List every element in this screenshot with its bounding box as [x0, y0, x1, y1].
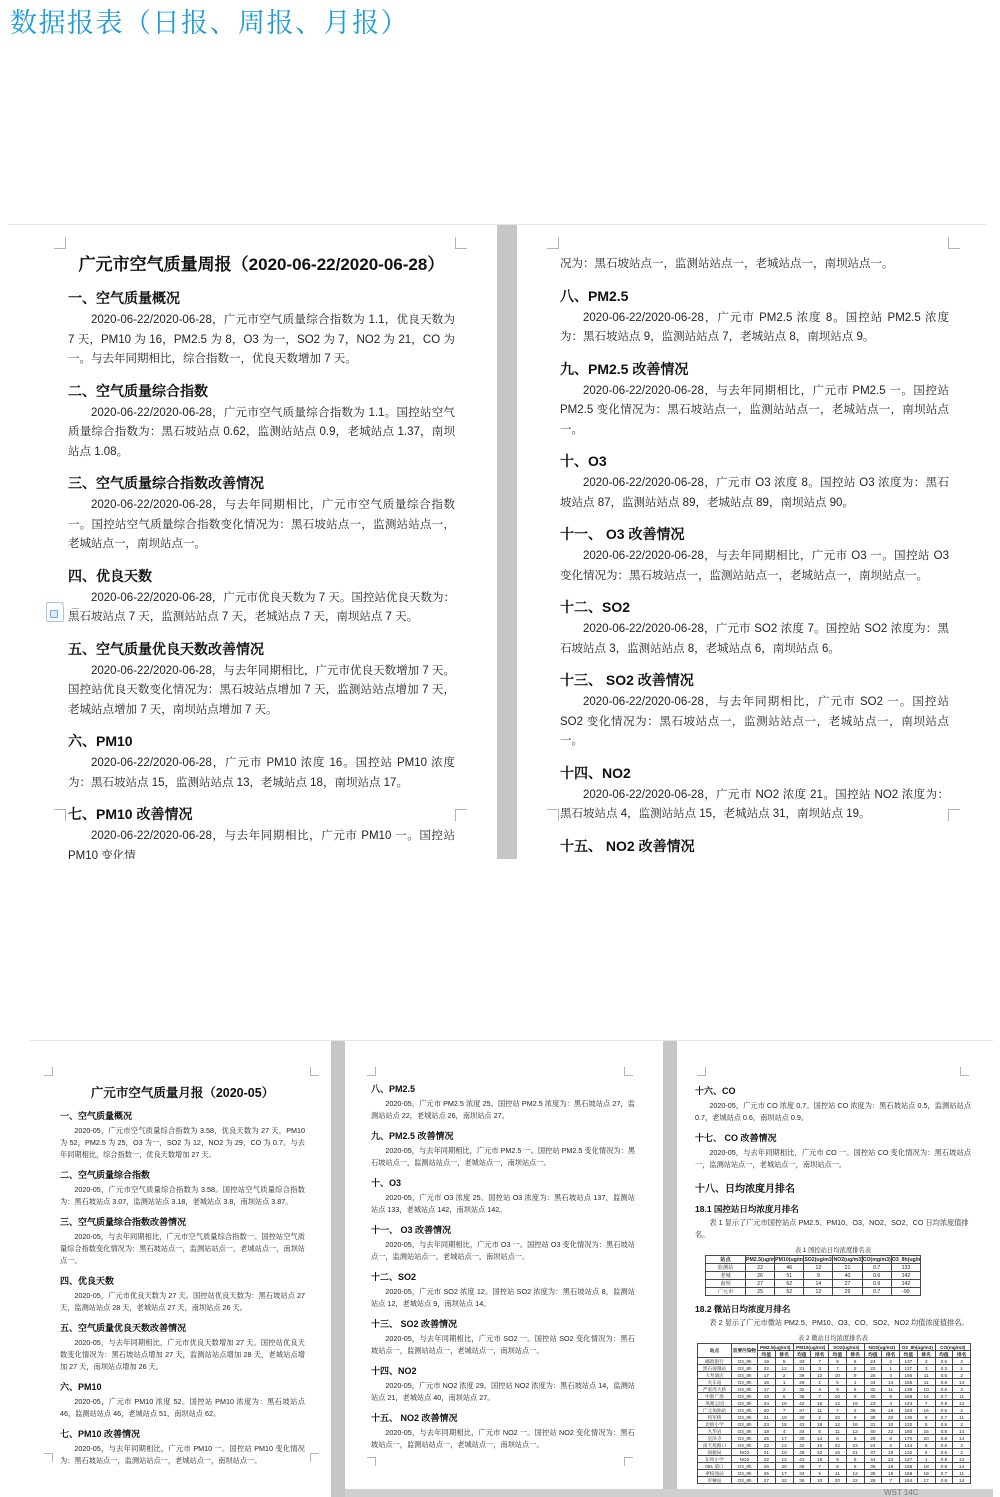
section-heading: 一、空气质量概况: [68, 288, 455, 308]
table-cell: 38: [864, 1414, 882, 1421]
crop-mark: [948, 237, 960, 249]
table-cell: 5: [775, 1358, 793, 1365]
table-cell: 5: [917, 1421, 935, 1428]
table-cell: 0.6: [935, 1421, 953, 1428]
footer-fragment: WST 14C: [884, 1489, 919, 1497]
section-heading: 十二、SO2: [371, 1271, 635, 1283]
table-cell: 0.7: [862, 1264, 891, 1272]
section-heading: 二、空气质量综合指数: [60, 1169, 305, 1181]
table-row: 九华岩O3_8h18434511124022160150.814: [698, 1428, 971, 1435]
table-cell: 35: [864, 1407, 882, 1414]
table-cell: 29: [864, 1435, 882, 1442]
table-cell: 132: [900, 1449, 918, 1456]
table-cell: 37: [864, 1449, 882, 1456]
table-row: 老城26519400.6142: [706, 1272, 921, 1280]
table-cell: 人寿酒店: [698, 1372, 732, 1379]
table-cell: 168: [900, 1463, 918, 1470]
table-cell: 22: [746, 1264, 775, 1272]
table-cell: 33: [793, 1358, 811, 1365]
table-cell: 6: [846, 1435, 864, 1442]
table-cell: 国税局: [698, 1449, 732, 1456]
table-cell: 35: [864, 1470, 882, 1477]
table-cell: 9: [804, 1272, 833, 1280]
table-cell: 40: [793, 1435, 811, 1442]
table-cell: 18: [758, 1428, 776, 1435]
table-cell: 14: [953, 1435, 971, 1442]
table-cell: 监测站: [706, 1264, 746, 1272]
table-cell: 163: [900, 1407, 918, 1414]
table-cell: 170: [900, 1435, 918, 1442]
table-cell: 11: [882, 1386, 900, 1393]
spellcheck-underline: ug: [844, 1345, 850, 1350]
table-cell: NO2: [732, 1449, 758, 1456]
table-cell: 32: [829, 1442, 847, 1449]
table-cell: 22: [864, 1365, 882, 1372]
section-heading: 三、空气质量综合指数改善情况: [60, 1216, 305, 1228]
table-cell: 27: [833, 1280, 862, 1288]
table-cell: 10: [829, 1414, 847, 1421]
table-cell: 11: [917, 1379, 935, 1386]
section-heading: 五、空气质量优良天数改善情况: [68, 639, 455, 659]
table-cell: 8: [917, 1442, 935, 1449]
table-cell: 36: [793, 1477, 811, 1484]
table-cell: 22: [758, 1456, 776, 1463]
table-cell: 11: [953, 1393, 971, 1400]
table-cell: 12: [775, 1365, 793, 1372]
table-cell: 11: [953, 1414, 971, 1421]
table-cell: 2: [953, 1372, 971, 1379]
table-cell: 2: [882, 1358, 900, 1365]
section-heading: 四、优良天数: [60, 1275, 305, 1287]
paste-options-chip: [50, 610, 58, 618]
crop-mark: [54, 237, 66, 249]
margin-dash: [72, 608, 79, 613]
table-cell: 24: [864, 1442, 882, 1449]
table-cell: 26: [746, 1272, 775, 1280]
section-paragraph: 2020-05，广元市 PM2.5 浓度 25。国控站 PM2.5 浓度为：黑石…: [371, 1098, 635, 1122]
section-heading: 十五、 NO2 改善情况: [371, 1412, 635, 1424]
table-cell: O3_8h: [732, 1435, 758, 1442]
section-heading: 十、O3: [371, 1177, 635, 1189]
table-cell: 8: [829, 1463, 847, 1470]
sub-heading-18-2: 18.2 微站日均浓度月排名: [695, 1304, 971, 1315]
table-cell: 5: [811, 1470, 829, 1477]
table-cell: 11: [811, 1407, 829, 1414]
crop-mark: [310, 1067, 319, 1076]
table-cell: 168: [900, 1470, 918, 1477]
table-row: 凤凰公园O3_8h24164216121623414370.814: [698, 1400, 971, 1407]
column-header: O3_8h(ug/m3): [891, 1256, 920, 1264]
table-cell: 31: [864, 1421, 882, 1428]
crop-mark: [455, 809, 467, 821]
table-cell: 081 道口: [698, 1463, 732, 1470]
section-heading: 十、O3: [560, 451, 949, 471]
spellcheck-underline: ug: [790, 1257, 796, 1263]
table-cell: 1: [846, 1379, 864, 1386]
section-paragraph: 2020-06-22/2020-06-28，广元市空气质量综合指数为 1.1。国…: [68, 404, 455, 463]
table-cell: 3: [811, 1365, 829, 1372]
sub-column-header: 排名: [811, 1351, 829, 1358]
table-cell: 2: [953, 1449, 971, 1456]
table-cell: 10: [775, 1414, 793, 1421]
monthly-page-1: 广元市空气质量月报（2020-05） 一、空气质量概况2020-05，广元市空气…: [30, 1041, 331, 1497]
section-paragraph: 2020-05，与去年同期相比，广元市 PM10 一。国控站 PM10 变化情况…: [60, 1443, 305, 1467]
table-row: 广元加油站O3_8h2073711723515163160.62: [698, 1407, 971, 1414]
page-fold-corner: [59, 602, 64, 607]
table-cell: 0.8: [935, 1477, 953, 1484]
column-header: 站点: [706, 1256, 746, 1264]
table-cell: 翠柏园站: [698, 1470, 732, 1477]
crop-mark: [547, 237, 559, 249]
monthly-page-2: 八、PM2.52020-05，广元市 PM2.5 浓度 25。国控站 PM2.5…: [345, 1041, 663, 1497]
crop-mark: [948, 809, 960, 821]
table-cell: 2: [953, 1386, 971, 1393]
table-cell: 22: [846, 1477, 864, 1484]
table-cell: 0.8: [935, 1463, 953, 1470]
table-cell: O3_8h: [732, 1400, 758, 1407]
table-cell: 17: [775, 1435, 793, 1442]
table-cell: 38: [793, 1372, 811, 1379]
table-cell: 51: [775, 1272, 804, 1280]
table-cell: 0.8: [935, 1400, 953, 1407]
table-cell: 23: [864, 1400, 882, 1407]
table-cell: 22: [758, 1442, 776, 1449]
section-heading: 十一、 O3 改善情况: [560, 524, 949, 544]
table-row: 东坝小学NO22212431896442312710.814: [698, 1456, 971, 1463]
table-cell: 1: [953, 1365, 971, 1372]
table-cell: 1: [775, 1379, 793, 1386]
weekly-doc-title: 广元市空气质量周报（2020-06-22/2020-06-28）: [68, 253, 455, 277]
table-cell: 19: [758, 1393, 776, 1400]
spellcheck-underline: ug: [816, 1257, 822, 1263]
table-row: 北街小学O3_8h231543181216311013250.62: [698, 1421, 971, 1428]
table-cell: 30: [864, 1393, 882, 1400]
table-cell: 8: [882, 1435, 900, 1442]
table-cell: 7: [829, 1407, 847, 1414]
table-cell: 20: [829, 1477, 847, 1484]
table-cell: O3_8h: [732, 1372, 758, 1379]
crop-mark: [624, 1067, 633, 1076]
table-cell: 将军桥: [698, 1414, 732, 1421]
table-cell: 16: [775, 1400, 793, 1407]
table-cell: 16: [811, 1400, 829, 1407]
table-cell: 5: [811, 1428, 829, 1435]
table-cell: 23: [758, 1421, 776, 1428]
sub-column-header: 均值: [864, 1351, 882, 1358]
table-cell: 12: [829, 1421, 847, 1428]
section-heading: 六、PM10: [68, 731, 455, 751]
table-cell: 10: [775, 1449, 793, 1456]
table-cell: 25: [864, 1372, 882, 1379]
table-header-row: 站点PM2.5(ug/m3)PM10(ug/m3)SO2(ug/m3)NO2(u…: [706, 1256, 921, 1264]
table-cell: 12: [775, 1456, 793, 1463]
sub-column-header: 均值: [829, 1351, 847, 1358]
sub-column-header: 均值: [758, 1351, 776, 1358]
sub-column-header: 均值: [900, 1351, 918, 1358]
table-cell: 5: [775, 1393, 793, 1400]
spellcheck-underline: ug: [880, 1345, 886, 1350]
table-cell: 2: [846, 1407, 864, 1414]
weekly-report: 广元市空气质量周报（2020-06-22/2020-06-28） 一、空气质量概…: [8, 224, 986, 859]
section-paragraph: 2020-05，与去年同期相比，广元市 SO2 一。国控站 SO2 变化情况为：…: [371, 1333, 635, 1357]
table-cell: 9: [846, 1414, 864, 1421]
weekly-page-1-sections: 一、空气质量概况2020-06-22/2020-06-28，广元市空气质量综合指…: [68, 288, 455, 859]
sub-column-header: 排名: [882, 1351, 900, 1358]
column-header: PM2.5(ug/m3): [746, 1256, 775, 1264]
table-cell: 49: [793, 1449, 811, 1456]
report-canvas: 数据报表（日报、周报、月报） 广元市空气质量周报（2020-06-22/2020…: [0, 0, 1000, 1497]
section-heading: 二、空气质量综合指数: [68, 381, 455, 401]
table-cell: 14: [953, 1400, 971, 1407]
table-cell: 邮政银行: [698, 1358, 732, 1365]
column-header: PM10(ug/m3): [775, 1256, 804, 1264]
column-header: CO(mg/m3): [862, 1256, 891, 1264]
table-cell: 军械站: [698, 1477, 732, 1484]
crop-mark: [310, 1453, 319, 1462]
table-cell: 7: [811, 1358, 829, 1365]
table-cell: 2: [953, 1407, 971, 1414]
table-cell: 凤凰公园: [698, 1400, 732, 1407]
table-cell: 2: [953, 1442, 971, 1449]
table-cell: 25: [758, 1435, 776, 1442]
table-cell: 0.8: [935, 1428, 953, 1435]
table-cell: 21: [846, 1449, 864, 1456]
section-heading: 八、PM2.5: [560, 286, 949, 306]
table-cell: 32: [793, 1386, 811, 1393]
section-heading: 十二、SO2: [560, 597, 949, 617]
table-cell: O3_8h: [732, 1365, 758, 1372]
column-group-header: PM2.5(ug/m3): [758, 1344, 794, 1351]
table-cell: 18: [917, 1470, 935, 1477]
monthly-report: 广元市空气质量月报（2020-05） 一、空气质量概况2020-05，广元市空气…: [30, 1040, 993, 1497]
table-cell: 158: [900, 1393, 918, 1400]
table-row: 人寿酒店O3_8h1723812109254156110.62: [698, 1372, 971, 1379]
table-cell: 44: [864, 1456, 882, 1463]
table-cell: 2: [775, 1372, 793, 1379]
table-cell: 25: [758, 1470, 776, 1477]
table-cell: 14: [804, 1280, 833, 1288]
table-header-row: 站点首要污染物PM2.5(ug/m3)PM10(ug/m3)SO2(ug/m3)…: [698, 1344, 971, 1351]
table-cell: 29: [833, 1288, 862, 1296]
table-cell: 46: [775, 1264, 804, 1272]
table-cell: 164: [900, 1477, 918, 1484]
section-paragraph: 2020-05，广元市 PM10 浓度 52。国控站 PM10 浓度为：黑石坡站…: [60, 1396, 305, 1420]
table-cell: 14: [953, 1379, 971, 1386]
table-cell: 广元加油站: [698, 1407, 732, 1414]
table-cell: 142: [891, 1280, 920, 1288]
table-cell: 北街小学: [698, 1421, 732, 1428]
section-paragraph: 2020-06-22/2020-06-28，与去年同期相比，广元市 NO2 一。…: [560, 859, 949, 860]
table-cell: 0.7: [862, 1288, 891, 1296]
section-paragraph: 2020-05，广元市优良天数为 27 天。国控站优良天数为：黑石坡站点 27 …: [60, 1290, 305, 1314]
table-cell: 12: [829, 1400, 847, 1407]
table-cell: 16: [917, 1407, 935, 1414]
section-paragraph: 2020-06-22/2020-06-28，广元市 SO2 浓度 7。国控站 S…: [560, 620, 949, 659]
table-cell: 11: [829, 1428, 847, 1435]
table-cell: 0.6: [935, 1407, 953, 1414]
table-cell: 21: [833, 1264, 862, 1272]
table-cell: 南天苑路口: [698, 1442, 732, 1449]
table-cell: 32: [864, 1386, 882, 1393]
section-paragraph: 2020-06-22/2020-06-28，与去年同期相比，广元市优良天数增加 …: [68, 662, 455, 721]
table-cell: 11: [953, 1470, 971, 1477]
table-cell: 22: [811, 1449, 829, 1456]
section-heading: 七、PM10 改善情况: [68, 804, 455, 824]
table-cell: 20: [758, 1407, 776, 1414]
table-cell: 35: [793, 1393, 811, 1400]
crop-mark: [54, 809, 66, 821]
section-heading: 三、空气质量综合指数改善情况: [68, 473, 455, 493]
table-cell: 17: [758, 1372, 776, 1379]
section-paragraph: 2020-06-22/2020-06-28，广元市 NO2 浓度 21。国控站 …: [560, 786, 949, 825]
table1-intro: 表 1 显示了广元市国控站点 PM2.5、PM10、O3、NO2、SO2、CO …: [695, 1217, 971, 1241]
table-cell: 9: [829, 1358, 847, 1365]
table-cell: 8: [829, 1435, 847, 1442]
table-cell: 16: [846, 1400, 864, 1407]
table-cell: 127: [900, 1456, 918, 1463]
table-cell: 17: [775, 1470, 793, 1477]
table-cell: 12: [804, 1264, 833, 1272]
table-cell: 0.9: [862, 1280, 891, 1288]
table-cell: 62: [775, 1280, 804, 1288]
table-cell: 22: [882, 1428, 900, 1435]
table-cell: 2: [811, 1414, 829, 1421]
table-cell: 160: [900, 1428, 918, 1435]
table-cell: 156: [900, 1372, 918, 1379]
table-cell: 14: [953, 1463, 971, 1470]
table-cell: 20: [917, 1435, 935, 1442]
crop-mark: [455, 237, 467, 249]
section-heading: 八、PM2.5: [371, 1083, 635, 1095]
table-cell: 0.7: [935, 1393, 953, 1400]
table-cell: 132: [900, 1421, 918, 1428]
table-cell: 9: [917, 1414, 935, 1421]
section-heading: 五、空气质量优良天数改善情况: [60, 1322, 305, 1334]
table-cell: 11: [917, 1372, 935, 1379]
weekly-page-2: 况为：黑石坡站点一，监测站站点一，老城站点一，南坝站点一。 八、PM2.5202…: [517, 225, 986, 859]
column-group-header: O3_8h(ug/m3): [900, 1344, 936, 1351]
table-cell: 10: [882, 1421, 900, 1428]
table-row: 黑石坡微站O3_8h22123137222113730.31: [698, 1365, 971, 1372]
section-heading: 十四、NO2: [560, 763, 949, 783]
section-paragraph: 2020-06-22/2020-06-28，广元市 PM2.5 浓度 8。国控站…: [560, 309, 949, 348]
table-row: 将军桥O3_8h2110302109382013090.711: [698, 1414, 971, 1421]
table-cell: 1: [917, 1456, 935, 1463]
column-header: SO2(ug/m3): [804, 1256, 833, 1264]
table-cell: 12: [846, 1470, 864, 1477]
table-row: 中新广场O3_8h195357109309158140.711: [698, 1393, 971, 1400]
table-cell: 27: [758, 1477, 776, 1484]
table-row: 翠柏园站O3_8h251734511123515168180.711: [698, 1470, 971, 1477]
table-cell: 17: [917, 1477, 935, 1484]
table-cell: 2: [953, 1358, 971, 1365]
section-paragraph: 2020-05，与去年同期相比，广元市优良天数增加 27 天。国控站优良天数变化…: [60, 1337, 305, 1373]
table-cell: 14: [953, 1428, 971, 1435]
table-cell: 16: [758, 1379, 776, 1386]
table-cell: 27: [746, 1280, 775, 1288]
weekly-page-2-sections: 八、PM2.52020-06-22/2020-06-28，广元市 PM2.5 浓…: [560, 286, 949, 860]
monthly-page-3: 十六、CO2020-05，广元市 CO 浓度 0.7。国控站 CO 浓度为：黑石…: [677, 1041, 991, 1497]
table-cell: O3_8h: [732, 1477, 758, 1484]
table-cell: 9: [829, 1456, 847, 1463]
monthly-page-2-sections: 八、PM2.52020-05，广元市 PM2.5 浓度 25。国控站 PM2.5…: [371, 1083, 635, 1451]
crop-mark: [960, 1067, 969, 1076]
table-cell: 6: [846, 1463, 864, 1470]
table-cell: O3_8h: [732, 1421, 758, 1428]
spellcheck-underline: ug: [909, 1257, 915, 1263]
section-paragraph: 2020-05，广元市 O3 浓度 25。国控站 O3 浓度为：黑石坡站点 13…: [371, 1192, 635, 1216]
table-cell: O3_8h: [732, 1414, 758, 1421]
section-heading: 十七、 CO 改善情况: [695, 1132, 971, 1144]
page-gutter: [497, 225, 517, 859]
section-paragraph: 2020-06-22/2020-06-28，与去年同期相比，广元市 PM10 一…: [68, 827, 455, 859]
table-cell: 20: [882, 1414, 900, 1421]
spellcheck-underline: ug: [810, 1345, 816, 1350]
table-cell: 3: [917, 1358, 935, 1365]
column-group-header: CO(mg/m3): [935, 1344, 971, 1351]
section-heading: 十一、 O3 改善情况: [371, 1224, 635, 1236]
crop-mark: [624, 1457, 633, 1466]
paste-options-icon[interactable]: [46, 602, 64, 622]
section-paragraph: 2020-05，广元市 SO2 浓度 12。国控站 SO2 浓度为：黑石坡站点 …: [371, 1286, 635, 1310]
column-group-header: NO2(ug/m3): [864, 1344, 900, 1351]
table-cell: 15: [882, 1463, 900, 1470]
table-cell: 10: [829, 1393, 847, 1400]
table-row: 南坝276214270.9142: [706, 1280, 921, 1288]
sub-column-header: 排名: [846, 1351, 864, 1358]
national-station-ranking-table: 站点PM2.5(ug/m3)PM10(ug/m3)SO2(ug/m3)NO2(u…: [705, 1255, 921, 1296]
table-cell: 15: [917, 1428, 935, 1435]
table-cell: 9: [882, 1393, 900, 1400]
section-heading: 十五、 NO2 改善情况: [560, 836, 949, 856]
section-paragraph: 2020-05，与去年同期相比，广元市 CO 一。国控站 CO 变化情况为：黑石…: [695, 1147, 971, 1171]
table-cell: 6: [846, 1386, 864, 1393]
table-cell: 5: [917, 1449, 935, 1456]
section-paragraph: 2020-06-22/2020-06-28，与去年同期相比，广元市 PM2.5 …: [560, 382, 949, 441]
section-paragraph: 2020-05，广元市 CO 浓度 0.7。国控站 CO 浓度为：黑石坡站点 0…: [695, 1100, 971, 1124]
section-paragraph: 2020-05，广元市空气质量综合指数为 3.58，优良天数为 27 天，PM1…: [60, 1125, 305, 1161]
table-cell: 2: [846, 1365, 864, 1372]
table-cell: 2: [882, 1442, 900, 1449]
table-cell: 43: [793, 1456, 811, 1463]
column-group-header: PM10(ug/m3): [793, 1344, 829, 1351]
table2-intro: 表 2 显示了广元市微站 PM2.5、PM10、O3、CO、SO2、NO2 均值…: [695, 1317, 971, 1329]
table-row: 081 道口O3_8h2620357863515168180.814: [698, 1463, 971, 1470]
column-header: 站点: [698, 1344, 732, 1358]
table-row: 皇泽寺O3_8h2517401486298170200.814: [698, 1435, 971, 1442]
table-cell: 11: [829, 1470, 847, 1477]
table-cell: 15: [829, 1449, 847, 1456]
table-cell: 18: [811, 1456, 829, 1463]
crop-mark: [367, 1457, 376, 1466]
table-cell: 40: [864, 1428, 882, 1435]
table-cell: 7: [829, 1365, 847, 1372]
section-heading: 七、PM10 改善情况: [60, 1428, 305, 1440]
table-cell: O3_8h: [732, 1470, 758, 1477]
table-cell: 10: [917, 1386, 935, 1393]
table-row: 监测站224612210.7133: [706, 1264, 921, 1272]
table-cell: 16: [846, 1421, 864, 1428]
table-cell: O3_8h: [732, 1428, 758, 1435]
table-cell: 28: [793, 1379, 811, 1386]
table-cell: 26: [758, 1463, 776, 1470]
table-cell: 35: [793, 1463, 811, 1470]
spellcheck-underline: ug: [775, 1345, 781, 1350]
section-paragraph: 2020-06-22/2020-06-28，与去年同期相比，广元市 O3 一。国…: [560, 547, 949, 586]
table-cell: 0.6: [935, 1372, 953, 1379]
table-cell: 老城: [706, 1272, 746, 1280]
sub-column-header: 排名: [775, 1351, 793, 1358]
